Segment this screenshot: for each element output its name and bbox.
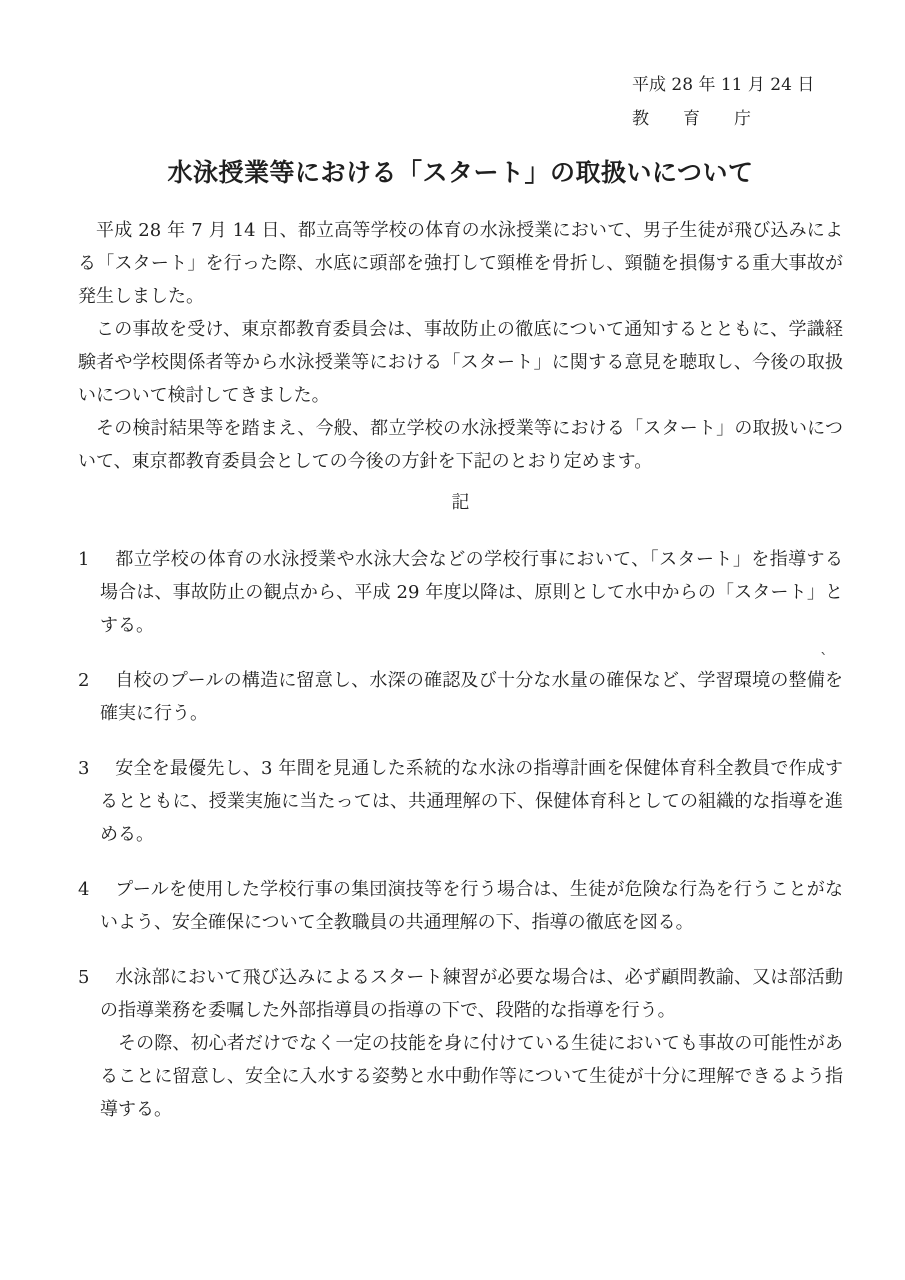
notice-item: 1都立学校の体育の水泳授業や水泳大会などの学校行事において、「スタート」を指導す… [78, 543, 843, 642]
document-date: 平成 28 年 11 月 24 日 [632, 68, 843, 102]
notice-item: 5水泳部において飛び込みによるスタート練習が必要な場合は、必ず顧問教諭、又は部活… [78, 961, 843, 1126]
item-number: 5 [78, 961, 115, 994]
ki-marker: 記 [78, 486, 843, 519]
item-text: 安全を最優先し、3 年間を見通した系統的な水泳の指導計画を保健体育科全教員で作成… [100, 758, 843, 845]
scan-artifact-mark: ` [820, 650, 828, 669]
notice-item: 3安全を最優先し、3 年間を見通した系統的な水泳の指導計画を保健体育科全教員で作… [78, 752, 843, 851]
notice-item: 2自校のプールの構造に留意し、水深の確認及び十分な水量の確保など、学習環境の整備… [78, 664, 843, 730]
item-text: 都立学校の体育の水泳授業や水泳大会などの学校行事において、「スタート」を指導する… [100, 549, 843, 636]
document-body: 平成 28 年 7 月 14 日、都立高等学校の体育の水泳授業において、男子生徒… [78, 214, 843, 478]
notice-item-list: 1都立学校の体育の水泳授業や水泳大会などの学校行事において、「スタート」を指導す… [78, 543, 843, 1126]
document-page: 平成 28 年 11 月 24 日 教 育 庁 水泳授業等における「スタート」の… [0, 0, 905, 1280]
body-paragraph: この事故を受け、東京都教育委員会は、事故防止の徹底について通知するとともに、学識… [78, 313, 843, 412]
document-content: 平成 28 年 11 月 24 日 教 育 庁 水泳授業等における「スタート」の… [0, 0, 905, 1126]
item-number: 1 [78, 543, 115, 576]
issuer-name: 教 育 庁 [632, 102, 843, 136]
document-header: 平成 28 年 11 月 24 日 教 育 庁 [78, 68, 843, 136]
document-title: 水泳授業等における「スタート」の取扱いについて [78, 156, 843, 190]
item-text: プールを使用した学校行事の集団演技等を行う場合は、生徒が危険な行為を行うことがな… [100, 879, 843, 933]
item-sub-text: その際、初心者だけでなく一定の技能を身に付けている生徒においても事故の可能性があ… [100, 1027, 843, 1126]
body-paragraph: その検討結果等を踏まえ、今般、都立学校の水泳授業等における「スタート」の取扱いに… [78, 412, 843, 478]
item-number: 4 [78, 873, 115, 906]
body-paragraph: 平成 28 年 7 月 14 日、都立高等学校の体育の水泳授業において、男子生徒… [78, 214, 843, 313]
item-number: 2 [78, 664, 115, 697]
item-text: 水泳部において飛び込みによるスタート練習が必要な場合は、必ず顧問教諭、又は部活動… [100, 967, 843, 1021]
notice-item: 4プールを使用した学校行事の集団演技等を行う場合は、生徒が危険な行為を行うことが… [78, 873, 843, 939]
item-number: 3 [78, 752, 115, 785]
item-text: 自校のプールの構造に留意し、水深の確認及び十分な水量の確保など、学習環境の整備を… [100, 670, 843, 724]
